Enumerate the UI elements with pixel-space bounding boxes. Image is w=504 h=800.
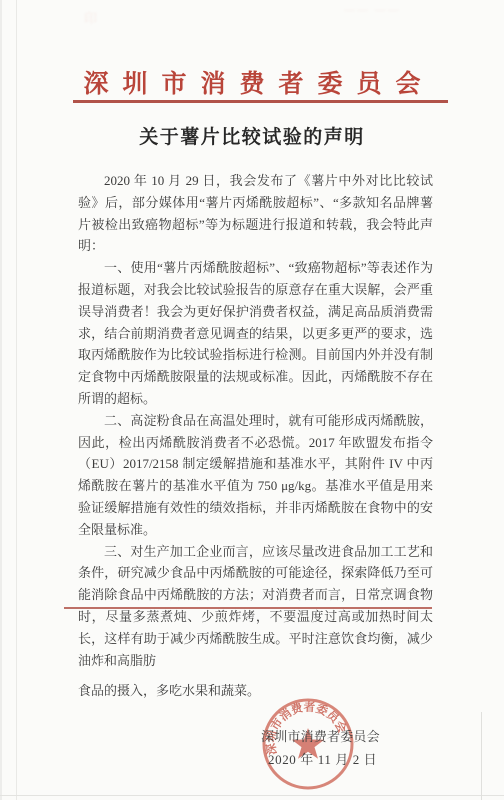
document-body: 2020 年 10 月 29 日，我会发布了《薯片中外对比比较试验》后，部分媒体… [78, 170, 433, 671]
body-paragraph-1: 2020 年 10 月 29 日，我会发布了《薯片中外对比比较试验》后，部分媒体… [78, 170, 433, 257]
scan-edge-bottom [0, 795, 504, 796]
scan-edge-left [16, 0, 17, 800]
document-title: 关于薯片比较试验的声明 [0, 122, 504, 149]
scan-edge-outer-left [0, 0, 2, 800]
org-name-heading: 深圳市消费者委员会 [0, 64, 504, 100]
document-page: 印 —— —— 深圳市消费者委员会 关于薯片比较试验的声明 2020 年 10 … [0, 0, 504, 800]
faint-red-mark-top-right: —— —— [344, 4, 428, 18]
page-separator-line [64, 607, 432, 609]
body-paragraph-4: 三、对生产加工企业而言，应该尽量改进食品加工工艺和条件，研究减少食品中丙烯酰胺的… [78, 541, 433, 672]
scan-edge-right [481, 712, 482, 800]
faint-red-mark-top-left: 印 [84, 8, 108, 36]
body-paragraph-3: 二、高淀粉食品在高温处理时，就有可能形成丙烯酰胺，因此，检出丙烯酰胺消费者不必恐… [78, 410, 433, 541]
body-paragraph-2: 一、使用“薯片丙烯酰胺超标”、“致癌物超标”等表述作为报道标题，对我会比较试验报… [78, 257, 433, 410]
letterhead-underline [73, 100, 448, 103]
date-line: 2020 年 11 月 2 日 [268, 749, 378, 768]
official-seal: 深圳市消费者委员会 [260, 697, 356, 793]
signature-line: 深圳市消费者委员会 [261, 726, 381, 745]
continuation-paragraph: 食品的摄入，多吃水果和蔬菜。 [78, 680, 433, 702]
